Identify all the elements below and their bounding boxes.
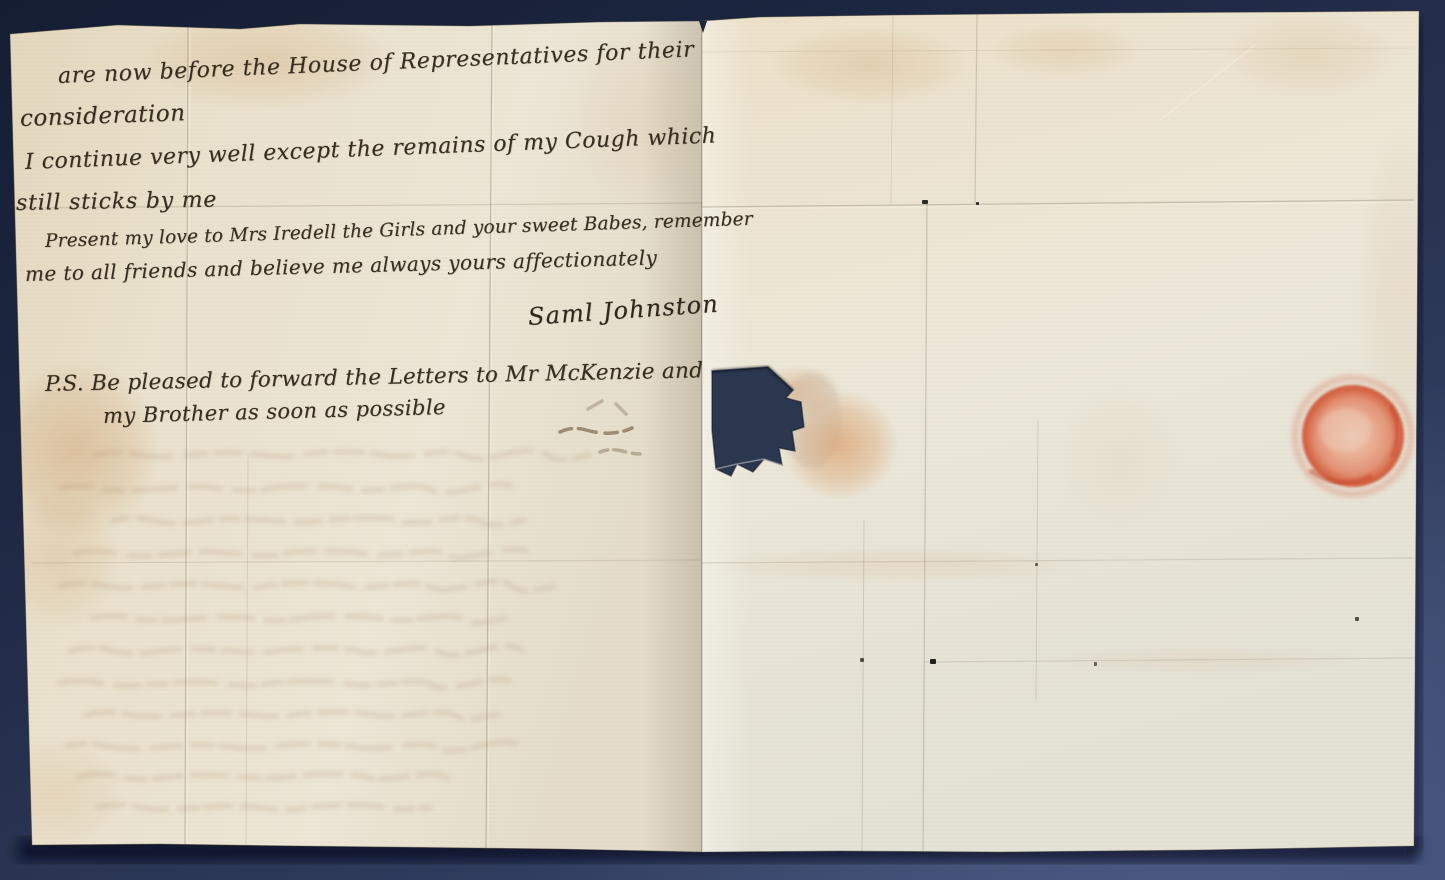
wax-seal-stain (1295, 378, 1411, 494)
stain (135, 10, 395, 110)
stain (1225, 13, 1395, 97)
stain (710, 547, 1090, 583)
right-page (702, 0, 1445, 880)
left-page (0, 0, 710, 880)
photograph-of-letter: are now before the House of Representati… (0, 0, 1445, 880)
stain (1060, 390, 1180, 530)
stain (770, 25, 970, 105)
letter-artwork (0, 0, 1445, 880)
stain (0, 490, 120, 630)
